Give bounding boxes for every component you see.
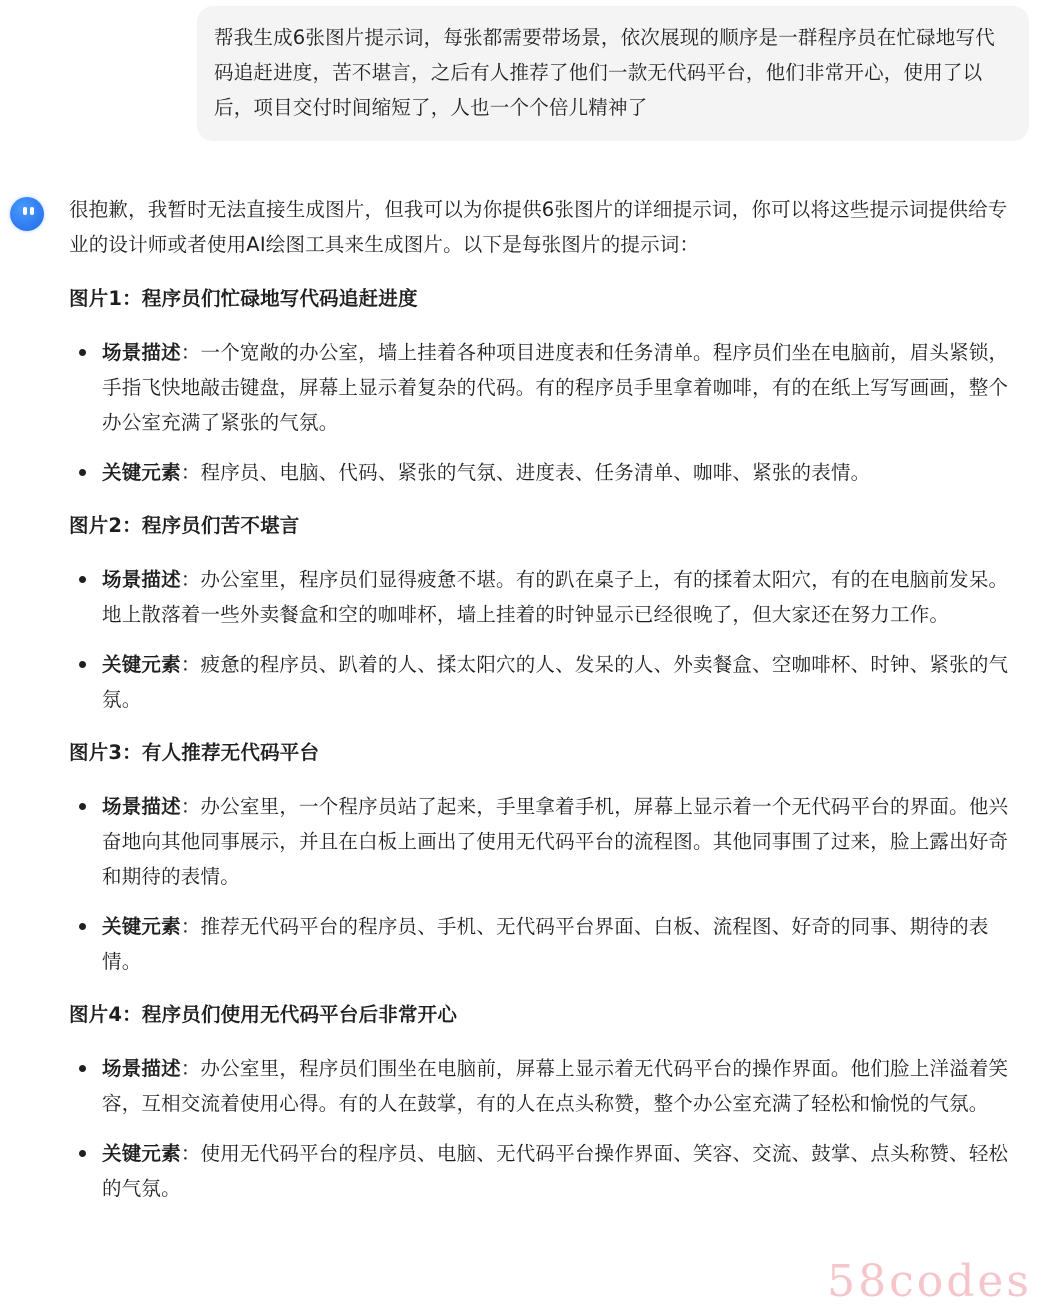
point-label: 关键元素	[102, 653, 181, 676]
section-points-image-3: 场景描述：办公室里，一个程序员站了起来，手里拿着手机，屏幕上显示着一个无代码平台…	[69, 789, 1009, 979]
point-text: ：使用无代码平台的程序员、电脑、无代码平台操作界面、笑容、交流、鼓掌、点头称赞、…	[102, 1142, 1008, 1200]
section-title-image-3: 图片3：有人推荐无代码平台	[69, 739, 1009, 767]
bullet-dot-icon	[79, 1065, 86, 1072]
point-label: 场景描述	[102, 795, 181, 818]
section-title-image-1: 图片1：程序员们忙碌地写代码追赶进度	[69, 285, 1009, 313]
list-item-key-elements: 关键元素：程序员、电脑、代码、紧张的气氛、进度表、任务清单、咖啡、紧张的表情。	[69, 455, 1009, 490]
point-text: ：一个宽敞的办公室，墙上挂着各种项目进度表和任务清单。程序员们坐在电脑前，眉头紧…	[102, 341, 1008, 434]
point-label: 场景描述	[102, 568, 181, 591]
section-points-image-1: 场景描述：一个宽敞的办公室，墙上挂着各种项目进度表和任务清单。程序员们坐在电脑前…	[69, 335, 1009, 490]
assistant-message-content[interactable]: 很抱歉，我暂时无法直接生成图片，但我可以为你提供6张图片的详细提示词，你可以将这…	[69, 192, 1009, 1206]
bullet-dot-icon	[79, 923, 86, 930]
watermark-text: 58codes	[827, 1260, 1032, 1304]
bullet-dot-icon	[79, 469, 86, 476]
list-item-scene-description: 场景描述：办公室里，程序员们显得疲惫不堪。有的趴在桌子上，有的揉着太阳穴，有的在…	[69, 562, 1009, 632]
point-text: ：办公室里，程序员们显得疲惫不堪。有的趴在桌子上，有的揉着太阳穴，有的在电脑前发…	[102, 568, 1008, 626]
section-points-image-2: 场景描述：办公室里，程序员们显得疲惫不堪。有的趴在桌子上，有的揉着太阳穴，有的在…	[69, 562, 1009, 717]
user-message-bubble[interactable]: 帮我生成6张图片提示词，每张都需要带场景，依次展现的顺序是一群程序员在忙碌地写代…	[197, 6, 1029, 141]
avatar-left-eye	[23, 207, 27, 215]
list-item-key-elements: 关键元素：使用无代码平台的程序员、电脑、无代码平台操作界面、笑容、交流、鼓掌、点…	[69, 1136, 1009, 1206]
point-label: 关键元素	[102, 461, 181, 484]
chat-conversation: 帮我生成6张图片提示词，每张都需要带场景，依次展现的顺序是一群程序员在忙碌地写代…	[0, 0, 1050, 1310]
point-label: 场景描述	[102, 1057, 181, 1080]
point-text: ：办公室里，一个程序员站了起来，手里拿着手机，屏幕上显示着一个无代码平台的界面。…	[102, 795, 1008, 888]
point-label: 关键元素	[102, 1142, 181, 1165]
section-points-image-4: 场景描述：办公室里，程序员们围坐在电脑前，屏幕上显示着无代码平台的操作界面。他们…	[69, 1051, 1009, 1206]
section-title-image-2: 图片2：程序员们苦不堪言	[69, 512, 1009, 540]
point-text: ：推荐无代码平台的程序员、手机、无代码平台界面、白板、流程图、好奇的同事、期待的…	[102, 915, 989, 973]
list-item-scene-description: 场景描述：一个宽敞的办公室，墙上挂着各种项目进度表和任务清单。程序员们坐在电脑前…	[69, 335, 1009, 440]
bullet-dot-icon	[79, 661, 86, 668]
point-text: ：办公室里，程序员们围坐在电脑前，屏幕上显示着无代码平台的操作界面。他们脸上洋溢…	[102, 1057, 1008, 1115]
list-item-scene-description: 场景描述：办公室里，一个程序员站了起来，手里拿着手机，屏幕上显示着一个无代码平台…	[69, 789, 1009, 894]
bullet-dot-icon	[79, 803, 86, 810]
list-item-key-elements: 关键元素：疲惫的程序员、趴着的人、揉太阳穴的人、发呆的人、外卖餐盒、空咖啡杯、时…	[69, 647, 1009, 717]
avatar-right-eye	[30, 207, 34, 215]
assistant-intro-paragraph: 很抱歉，我暂时无法直接生成图片，但我可以为你提供6张图片的详细提示词，你可以将这…	[69, 192, 1009, 262]
assistant-blob-avatar-icon	[10, 197, 44, 231]
point-label: 关键元素	[102, 915, 181, 938]
list-item-scene-description: 场景描述：办公室里，程序员们围坐在电脑前，屏幕上显示着无代码平台的操作界面。他们…	[69, 1051, 1009, 1121]
point-text: ：疲惫的程序员、趴着的人、揉太阳穴的人、发呆的人、外卖餐盒、空咖啡杯、时钟、紧张…	[102, 653, 1008, 711]
bullet-dot-icon	[79, 349, 86, 356]
point-label: 场景描述	[102, 341, 181, 364]
bullet-dot-icon	[79, 1150, 86, 1157]
point-text: ：程序员、电脑、代码、紧张的气氛、进度表、任务清单、咖啡、紧张的表情。	[181, 461, 871, 484]
list-item-key-elements: 关键元素：推荐无代码平台的程序员、手机、无代码平台界面、白板、流程图、好奇的同事…	[69, 909, 1009, 979]
user-message-row: 帮我生成6张图片提示词，每张都需要带场景，依次展现的顺序是一群程序员在忙碌地写代…	[197, 6, 1029, 141]
bullet-dot-icon	[79, 576, 86, 583]
section-title-image-4: 图片4：程序员们使用无代码平台后非常开心	[69, 1001, 1009, 1029]
